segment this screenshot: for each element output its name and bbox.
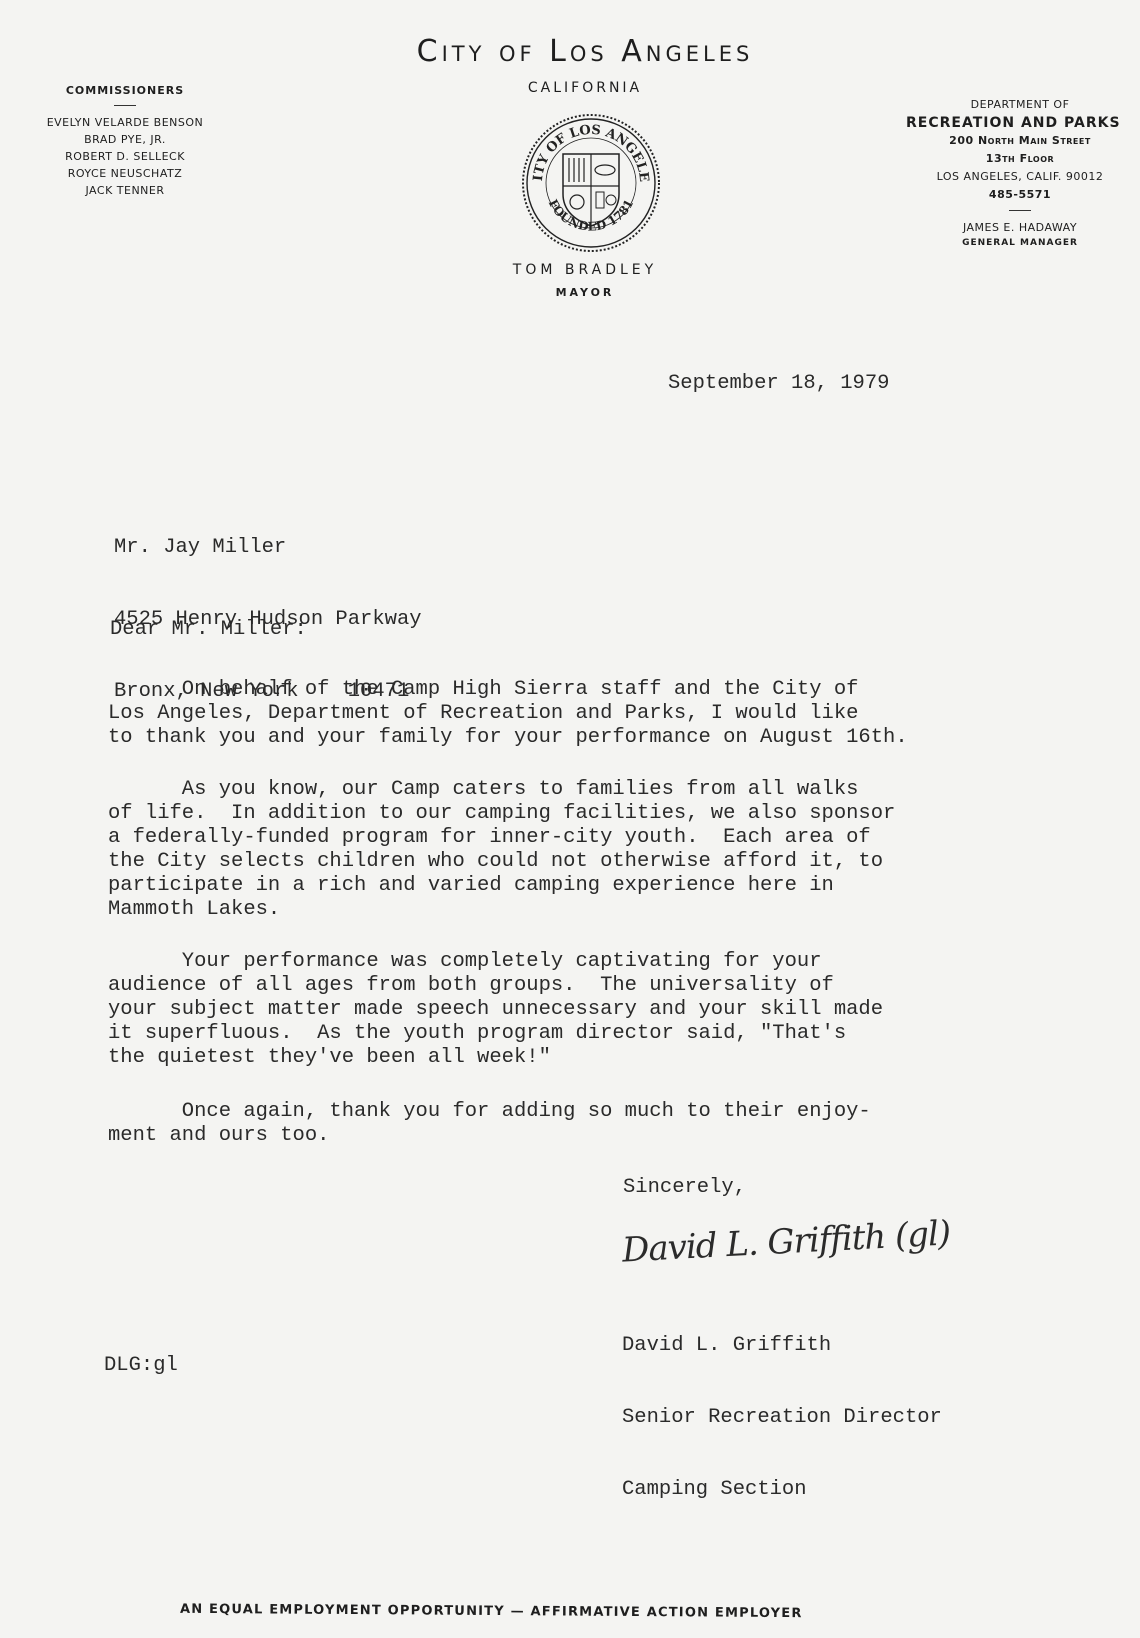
signer-title: Senior Recreation Director (622, 1406, 942, 1430)
department-name: RECREATION AND PARKS (900, 114, 1140, 132)
department-floor: 13th Floor (900, 150, 1140, 168)
complimentary-close: Sincerely, (623, 1176, 746, 1200)
commissioners-list: COMMISSIONERS EVELYN VELARDE BENSON BRAD… (10, 82, 240, 199)
department-block: DEPARTMENT OF RECREATION AND PARKS 200 N… (900, 96, 1140, 249)
general-manager-name: JAMES E. HADAWAY (900, 219, 1140, 237)
commissioner-name: ROBERT D. SELLECK (10, 148, 240, 165)
paragraph-closing: Once again, thank you for adding so much… (108, 1100, 1088, 1148)
commissioners-heading: COMMISSIONERS (10, 82, 240, 99)
mayor-name: TOM BRADLEY (0, 262, 1140, 278)
handwritten-signature: David L. Griffith (gl) (621, 1213, 951, 1270)
signer-name: David L. Griffith (622, 1334, 942, 1358)
letter-date: September 18, 1979 (668, 372, 889, 396)
svg-text:CITY OF LOS ANGELES: CITY OF LOS ANGELES (520, 112, 651, 183)
mayor-title: MAYOR (0, 286, 1140, 299)
paragraph-camp-program: As you know, our Camp caters to families… (108, 778, 1088, 922)
reference-initials: DLG:gl (104, 1354, 178, 1378)
department-street: 200 North Main Street (900, 132, 1140, 150)
recipient-name: Mr. Jay Miller (114, 536, 422, 560)
divider (1009, 210, 1031, 211)
department-label: DEPARTMENT OF (900, 96, 1140, 114)
divider (114, 105, 136, 106)
salutation: Dear Mr. Miller: (110, 618, 307, 642)
department-city: LOS ANGELES, CALIF. 90012 (900, 168, 1140, 186)
commissioner-name: ROYCE NEUSCHATZ (10, 165, 240, 182)
paragraph-performance: Your performance was completely captivat… (108, 950, 1088, 1070)
city-title: City of Los Angeles (0, 34, 1140, 69)
signature-block: David L. Griffith Senior Recreation Dire… (622, 1286, 942, 1526)
commissioner-name: BRAD PYE, JR. (10, 131, 240, 148)
general-manager-title: GENERAL MANAGER (900, 237, 1140, 249)
department-phone: 485-5571 (900, 186, 1140, 204)
footer-eeo-statement: AN EQUAL EMPLOYMENT OPPORTUNITY — AFFIRM… (180, 1602, 803, 1621)
city-seal-icon: CITY OF LOS ANGELES FOUNDED 1781 (520, 112, 662, 254)
commissioner-name: EVELYN VELARDE BENSON (10, 114, 240, 131)
signer-section: Camping Section (622, 1478, 942, 1502)
paragraph-thanks: On behalf of the Camp High Sierra staff … (108, 678, 1088, 750)
commissioner-name: JACK TENNER (10, 182, 240, 199)
